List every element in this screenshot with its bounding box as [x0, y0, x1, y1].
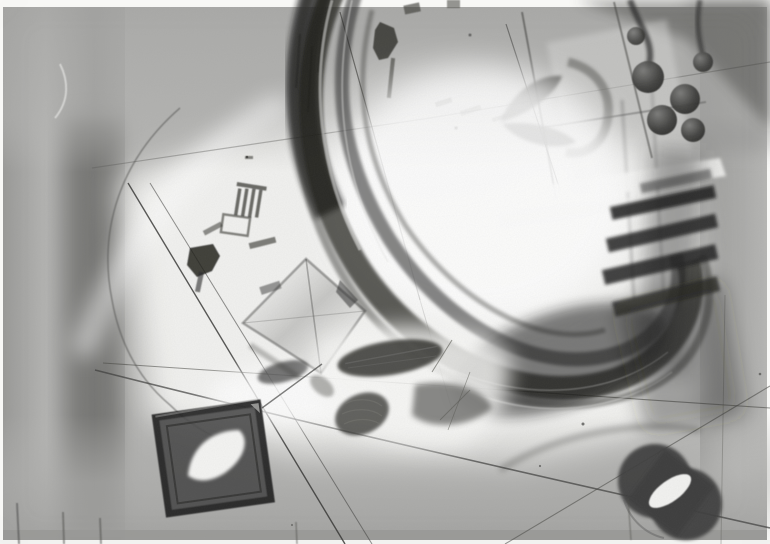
- film-grain: [3, 7, 767, 540]
- photogram-artwork: [0, 0, 770, 544]
- photogram-canvas: [0, 0, 770, 544]
